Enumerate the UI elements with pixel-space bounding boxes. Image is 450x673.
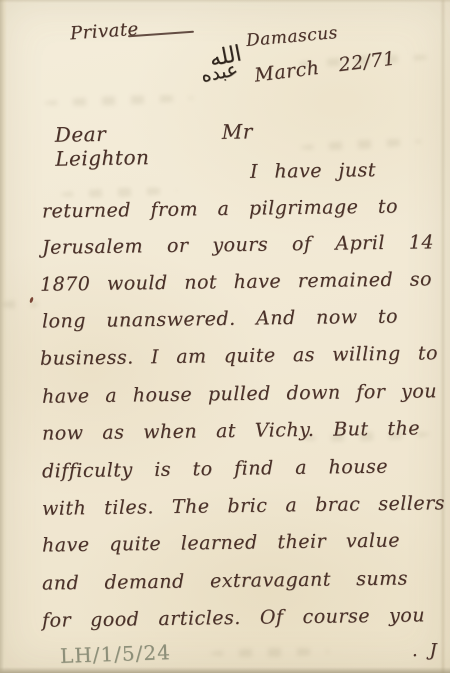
archive-reference-pencil: LH/1/5/24: [60, 640, 172, 668]
letter-body-line: returned from a pilgrimage to: [42, 194, 398, 225]
paper-crease-right: [442, 0, 444, 673]
letter-body-line: have a house pulled down for you: [42, 378, 437, 410]
place-line: Damascus: [245, 23, 338, 51]
letter-body-line: I have just: [250, 157, 376, 185]
letter-body-line: difficulty is to find a house: [42, 454, 388, 485]
letter-body-line: with tiles. The bric a brac sellers: [42, 490, 445, 522]
letter-body-line: have quite learned their value: [42, 528, 400, 559]
show-through-smudge: [300, 137, 422, 152]
letter-body-line: business. I am quite as willing to: [40, 340, 438, 372]
letter-body-line: for good articles. Of course you: [42, 602, 425, 633]
date-line: March 22/71: [253, 47, 397, 86]
arabic-seal-calligraphy: الله عبده: [183, 41, 260, 88]
show-through-smudge: [44, 93, 194, 107]
corner-ink-mark: . J: [412, 640, 440, 661]
paper-edge-bottom: [0, 667, 450, 673]
paper-edge-left: [0, 0, 7, 673]
show-through-smudge: [2, 300, 38, 309]
letter-body-line: 1870 would not have remained so: [40, 266, 432, 297]
privacy-marking: Private: [69, 19, 139, 45]
letter-body-line: and demand extravagant sums: [42, 565, 408, 596]
letter-body-line: now as when at Vichy. But the: [42, 415, 420, 446]
letter-scan: Private Damascus March 22/71 الله عبده D…: [0, 0, 450, 673]
salutation: Dear Mr Leighton: [55, 119, 254, 170]
show-through-smudge: [210, 647, 330, 658]
paper-edge-top: [0, 0, 450, 3]
letter-body-line: long unanswered. And now to: [42, 304, 398, 335]
letter-body-line: Jerusalem or yours of April 14: [42, 229, 434, 260]
